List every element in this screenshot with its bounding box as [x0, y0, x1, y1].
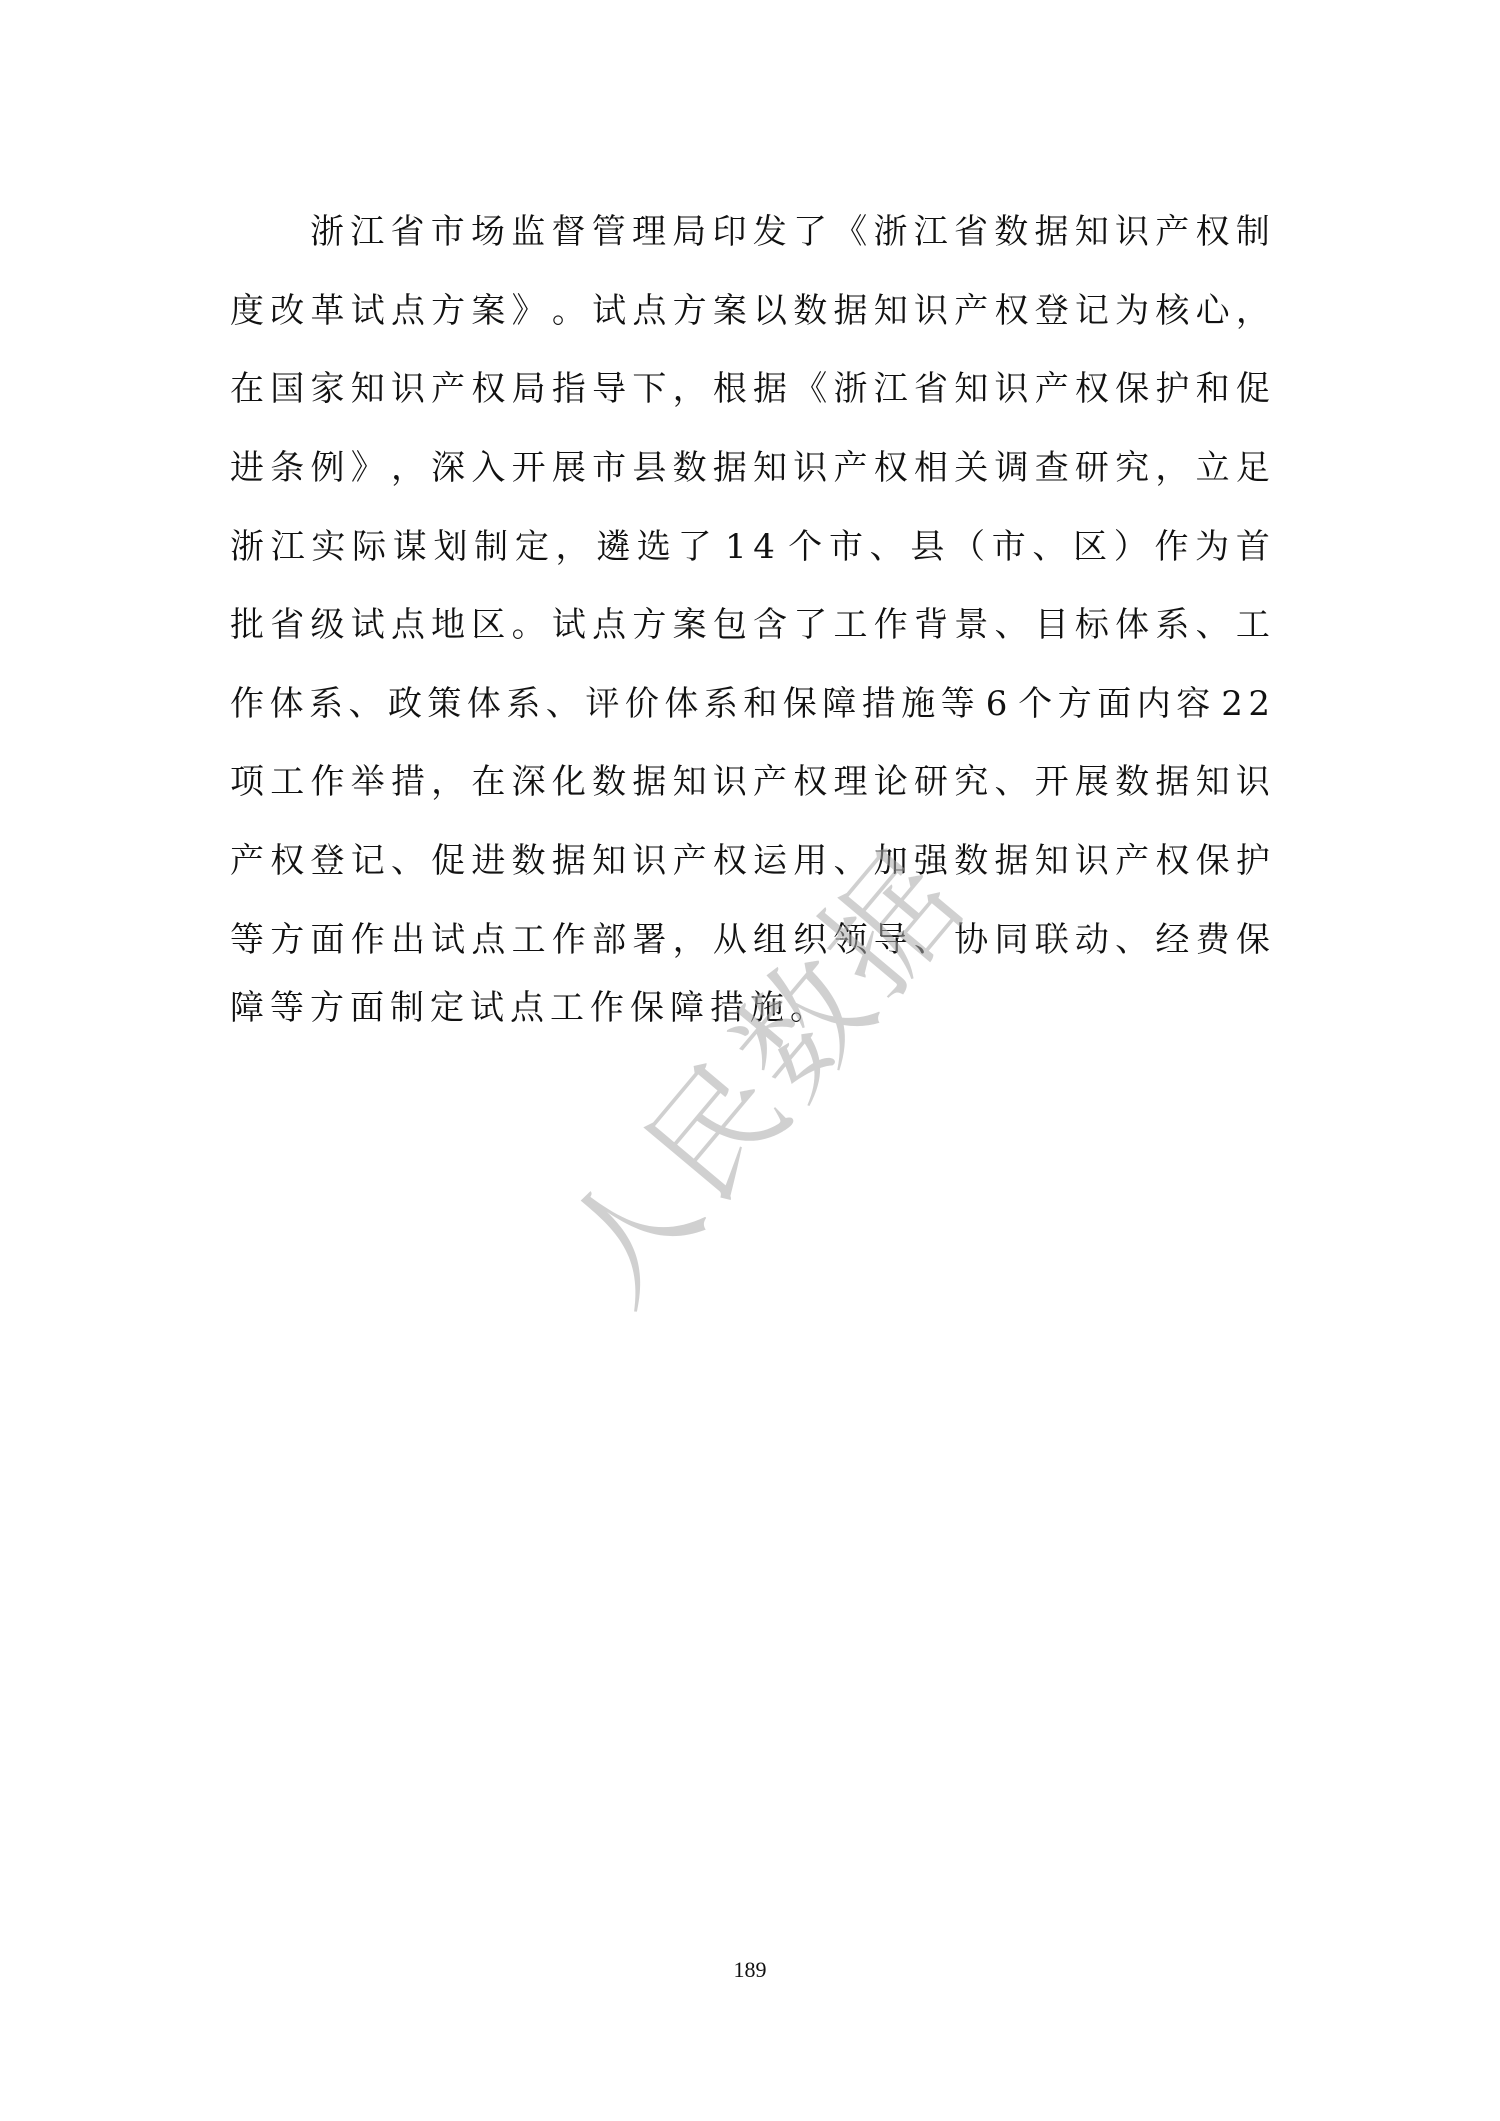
paragraph-line: 等方面作出试点工作部署，从组织领导、协同联动、经费保	[230, 900, 1270, 979]
paragraph-line: 作体系、政策体系、评价体系和保障措施等 6 个方面内容 22	[230, 665, 1270, 744]
paragraph-line: 批省级试点地区。试点方案包含了工作背景、目标体系、工	[230, 586, 1270, 665]
paragraph-line: 产权登记、促进数据知识产权运用、加强数据知识产权保护	[230, 822, 1270, 901]
body-paragraph: 浙江省市场监督管理局印发了《浙江省数据知识产权制 度改革试点方案》。试点方案以数…	[230, 193, 1270, 1058]
paragraph-line: 浙江省市场监督管理局印发了《浙江省数据知识产权制	[230, 193, 1270, 272]
paragraph-line: 在国家知识产权局指导下，根据《浙江省知识产权保护和促	[230, 350, 1270, 429]
paragraph-line: 度改革试点方案》。试点方案以数据知识产权登记为核心，	[230, 272, 1270, 351]
paragraph-line: 障等方面制定试点工作保障措施。	[230, 979, 1270, 1058]
page-number: 189	[0, 1957, 1500, 1983]
paragraph-line: 进条例》，深入开展市县数据知识产权相关调查研究，立足	[230, 429, 1270, 508]
paragraph-line: 项工作举措，在深化数据知识产权理论研究、开展数据知识	[230, 743, 1270, 822]
paragraph-line: 浙江实际谋划制定，遴选了 14 个市、县（市、区）作为首	[230, 507, 1270, 586]
document-page: 浙江省市场监督管理局印发了《浙江省数据知识产权制 度改革试点方案》。试点方案以数…	[0, 0, 1500, 2121]
